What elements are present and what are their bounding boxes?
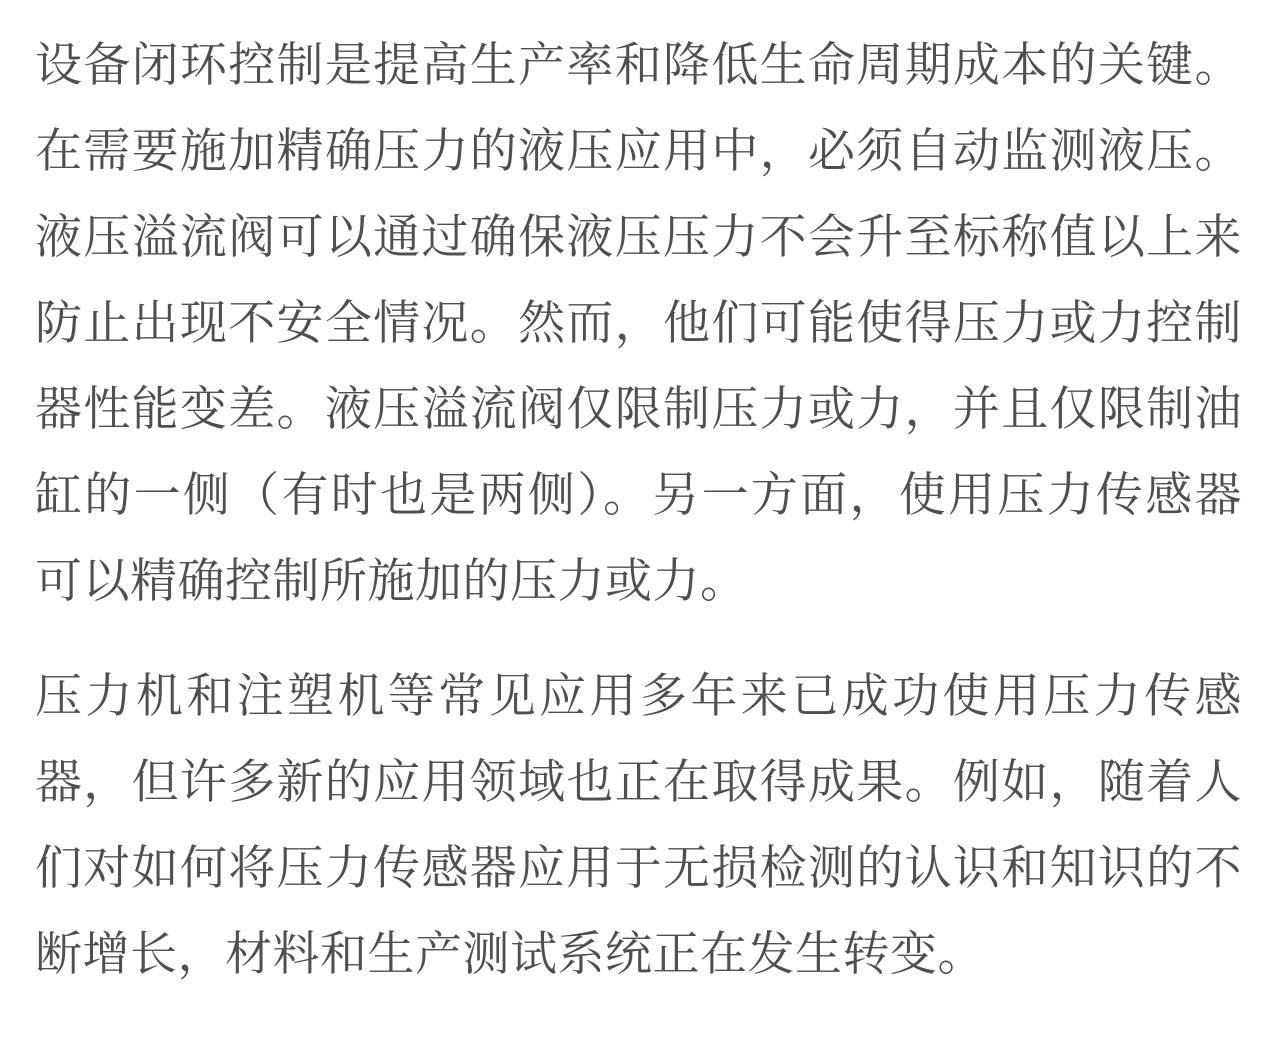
paragraph-hydraulic-control: 设备闭环控制是提高生产率和降低生命周期成本的关键。在需要施加精确压力的液压应用中… — [35, 23, 1242, 625]
article-body: 设备闭环控制是提高生产率和降低生命周期成本的关键。在需要施加精确压力的液压应用中… — [0, 0, 1280, 998]
paragraph-pressure-sensor-applications: 压力机和注塑机等常见应用多年来已成功使用压力传感器，但许多新的应用领域也正在取得… — [35, 654, 1242, 998]
